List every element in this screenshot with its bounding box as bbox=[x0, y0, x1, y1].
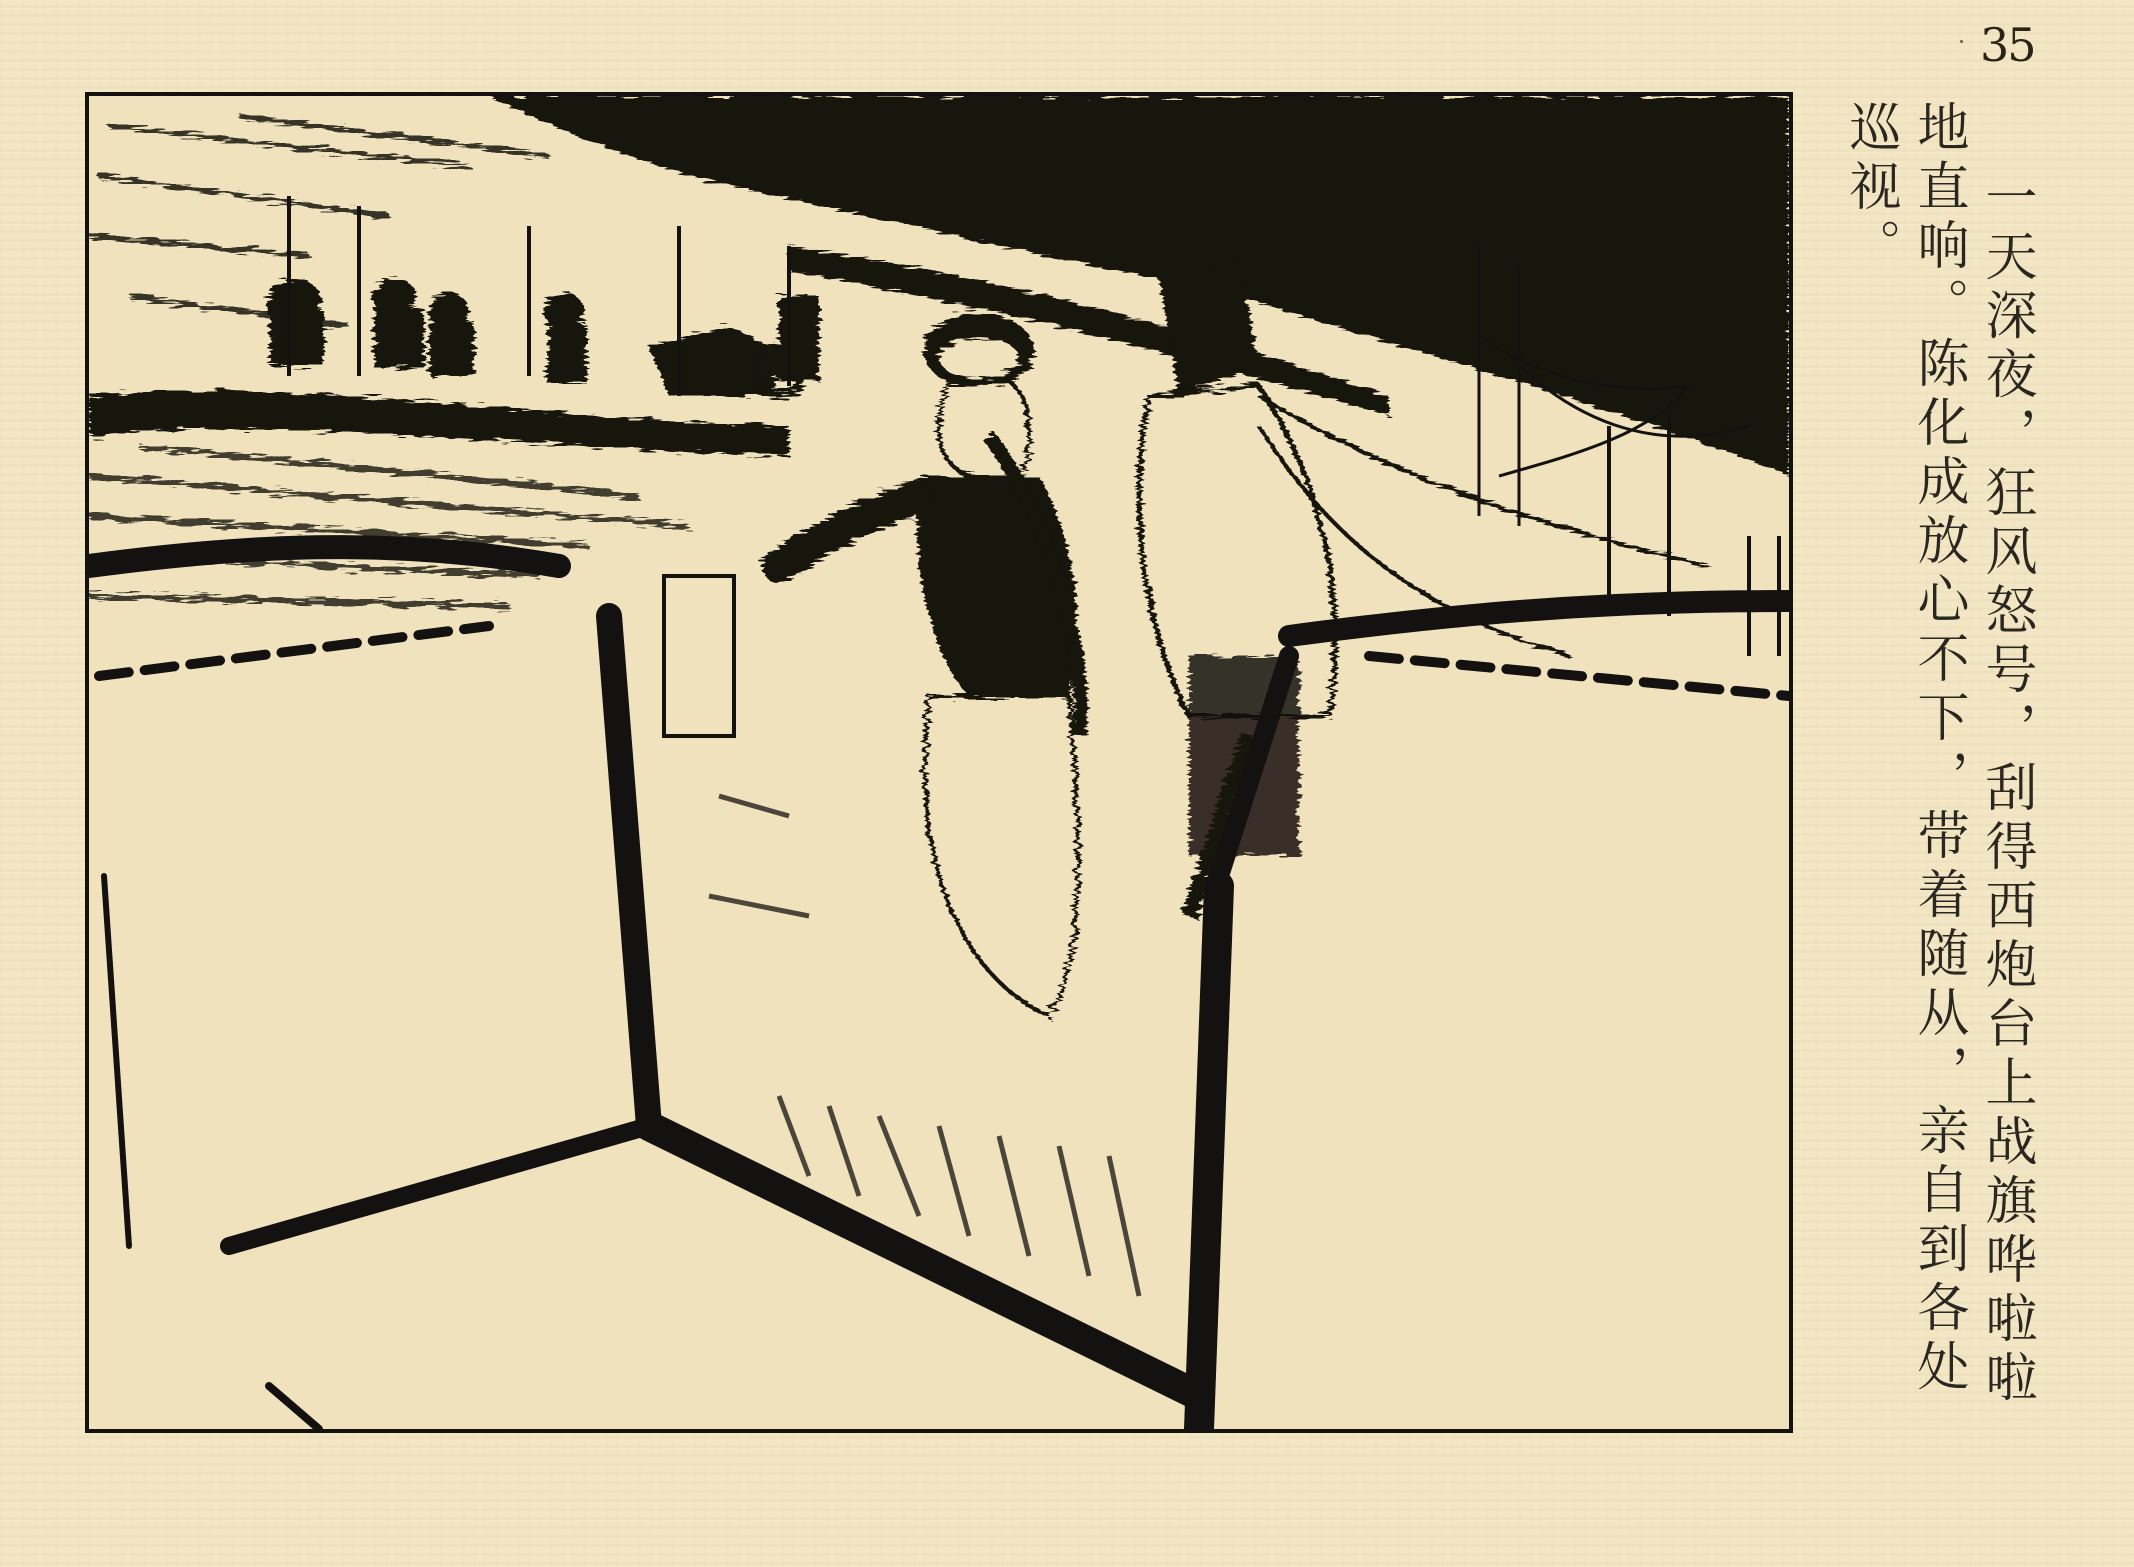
caption-column-3: 巡视。 bbox=[1844, 100, 1896, 277]
figure-official bbox=[779, 313, 1081, 1016]
lantern bbox=[664, 576, 734, 736]
page-mark bbox=[1960, 40, 1963, 43]
illustration-panel bbox=[85, 92, 1793, 1433]
night-sky bbox=[489, 96, 1789, 476]
page-number: 35 bbox=[1980, 18, 2035, 72]
caption-column-2: 地直响。陈化成放心不下，带着随从，亲自到各处 bbox=[1912, 100, 1964, 1398]
caption-column-1: 一天深夜，狂风怒号，刮得西炮台上战旗哗啦啦 bbox=[1980, 170, 2032, 1409]
parapet bbox=[89, 547, 1789, 1429]
fortress-wall bbox=[89, 446, 689, 606]
ink-illustration bbox=[89, 96, 1789, 1429]
